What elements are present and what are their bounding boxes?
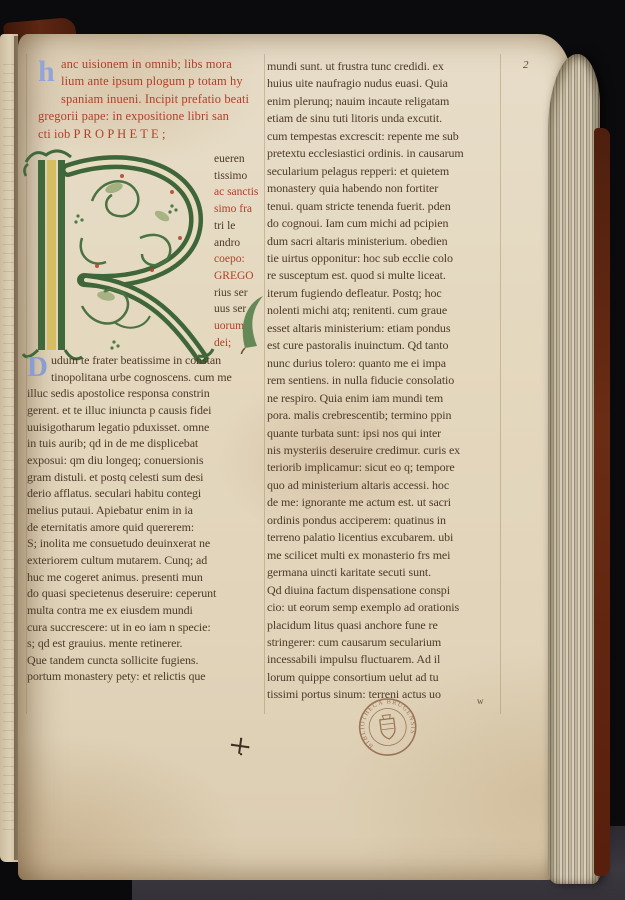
text-line: exposui: qm diu longeq; conuersionis — [27, 452, 275, 469]
right-text-column: mundi sunt. ut frustra tunc credidi. exh… — [267, 58, 507, 704]
text-line: est cure pastoralis inuinctum. Qd tanto — [267, 337, 507, 354]
text-line: ne respiro. Quia enim iam mundi tem — [267, 390, 507, 407]
text-line: cum tempestas excrescit: repente me sub — [267, 128, 507, 145]
text-line: pretextu ecclesiastici ordinis. in causa… — [267, 145, 507, 162]
text-line: tinopolitana urbe cognoscens. cum me — [27, 369, 275, 386]
quire-mark: w — [477, 696, 484, 706]
text-line: Que tandem cuncta sollicite fugiens. — [27, 652, 275, 669]
text-line: de eternitatis amore quid quererem: — [27, 519, 275, 536]
text-line: stringerer: cum causarum secularium — [267, 634, 507, 651]
fore-edge-page-stack[interactable] — [548, 54, 600, 884]
text-line: uuisigotharum legatio pduxisset. omne — [27, 419, 275, 436]
text-line: cti iob P R O P H E T E ; — [38, 126, 284, 143]
text-line: de me: ignorante me actum est. ut sacri — [267, 494, 507, 511]
text-line: gram distuli. et postq celesti sum desi — [27, 469, 275, 486]
text-line: in tuis aurib; qd in de me displicebat — [27, 435, 275, 452]
text-line: rem sentiens. in nulla fiducie consolati… — [267, 372, 507, 389]
text-line: derio afflatus. seculari habitu contegi — [27, 485, 275, 502]
cross-doodle — [229, 737, 251, 762]
text-line: Qd diuina factum dispensatione conspi — [267, 582, 507, 599]
text-line: me scilicet multi ex monasterio frs mei — [267, 547, 507, 564]
manuscript-photo: h anc uisionem in omnib; libs moralium a… — [0, 0, 625, 900]
text-line: nunc durius tolero: quanto me ei impa — [267, 355, 507, 372]
text-line: ordinis pondus acciperem: quatinus in — [267, 512, 507, 529]
text-line: melius putaui. Apiebatur enim in ia — [27, 502, 275, 519]
left-column-lines: udum te frater beatissime in constantino… — [27, 352, 275, 685]
text-line: pora. malis crebrescentib; termino ppin — [267, 407, 507, 424]
illuminated-initial-R — [22, 146, 217, 369]
initial-D: D — [27, 353, 49, 385]
text-line: lium ante ipsum plogum p totam hy — [38, 73, 284, 90]
text-line: dum sacri altaris ministerium. obedien — [267, 233, 507, 250]
text-line: monastery quia habendo non fortiter — [267, 180, 507, 197]
text-line: mundi sunt. ut frustra tunc credidi. ex — [267, 58, 507, 75]
text-line: multa contra me ex eiusdem mundi — [27, 602, 275, 619]
text-line: gerent. et te illuc iniuncta p causis fi… — [27, 402, 275, 419]
svg-text:BIBLIOTHECA BRUGENSIS: BIBLIOTHECA BRUGENSIS — [356, 695, 419, 750]
stamp-ring-text: BIBLIOTHECA BRUGENSIS — [356, 695, 419, 750]
text-line: tenui. quam stricte tenenda fuerit. pden — [267, 198, 507, 215]
leaf-flourish — [237, 292, 267, 359]
text-line: tie uirtus opponitur: hoc sub ecclie col… — [267, 250, 507, 267]
rubric-lines: anc uisionem in omnib; libs moralium ant… — [38, 56, 284, 143]
text-line: placidum litus quasi anchore fune re — [267, 617, 507, 634]
text-line: anc uisionem in omnib; libs mora — [38, 56, 284, 73]
left-text-column: D udum te frater beatissime in constanti… — [27, 352, 275, 685]
text-line: re susceptum est. quod si multe liceat. — [267, 267, 507, 284]
text-line: udum te frater beatissime in constan — [27, 352, 275, 369]
text-line: cio: ut eorum semp exemplo ad orationis — [267, 599, 507, 616]
text-line: lorum quippe consortium uelut ad tu — [267, 669, 507, 686]
text-line: nolenti michi atq; renitenti. cum graue — [267, 302, 507, 319]
manuscript-page: h anc uisionem in omnib; libs moralium a… — [18, 34, 572, 880]
text-line: iterum fugiendo defleatur. Postq; hoc — [267, 285, 507, 302]
text-line: esset altaris ministerium: etiam pondus — [267, 320, 507, 337]
text-line: exteriorem cultum mutarem. Cunq; ad — [27, 552, 275, 569]
library-stamp: BIBLIOTHECA BRUGENSIS — [352, 691, 424, 767]
text-line: gregorii pape: in expositione libri san — [38, 108, 284, 125]
text-line: etiam de sinu tuti litoris unda excutit. — [267, 110, 507, 127]
text-line: s; qd est grauius. mente retinerer. — [27, 635, 275, 652]
text-line: quo ad ministerium altaris accessi. hoc — [267, 477, 507, 494]
text-line: huc me cogeret animus. presenti mun — [27, 569, 275, 586]
text-line: portum monastery pety: et relictis que — [27, 668, 275, 685]
text-line: do quasi specietenus deseruire: ceperunt — [27, 585, 275, 602]
incipit-rubric: h anc uisionem in omnib; libs moralium a… — [38, 56, 284, 143]
book-cover-edge — [594, 128, 610, 876]
text-line: cura succrescere: ut in eo iam n specie: — [27, 619, 275, 636]
text-line: teriorib implicamur: sicut eo q; tempore — [267, 459, 507, 476]
text-line: quante turbata sunt: ipsi nos qui inter — [267, 425, 507, 442]
text-line: secularium pelagus repperi: et quietem — [267, 163, 507, 180]
folio-number: 2 — [523, 59, 529, 71]
text-line: germana uincti karitate secuti sunt. — [267, 564, 507, 581]
text-line: illuc sedis apostolice responsa constrin — [27, 385, 275, 402]
initial-R-artwork — [22, 146, 217, 364]
text-line: terreno palatio licentius excubarem. ubi — [267, 529, 507, 546]
text-line: huius uite naufragio nudus euasi. Quia — [267, 75, 507, 92]
text-line: spaniam inueni. Incipit prefatio beati — [38, 91, 284, 108]
text-line: enim plerunq; nauim incaute religatam — [267, 93, 507, 110]
text-line: S; inolita me consuetudo deuinxerat ne — [27, 535, 275, 552]
rubric-initial-h: h — [38, 57, 58, 91]
text-line: do cognoui. Iam cum michi ad pcipien — [267, 215, 507, 232]
text-line: incessabili impulsu fluctuarem. Ad il — [267, 651, 507, 668]
text-line: nis mysteriis deseruire credimur. curis … — [267, 442, 507, 459]
